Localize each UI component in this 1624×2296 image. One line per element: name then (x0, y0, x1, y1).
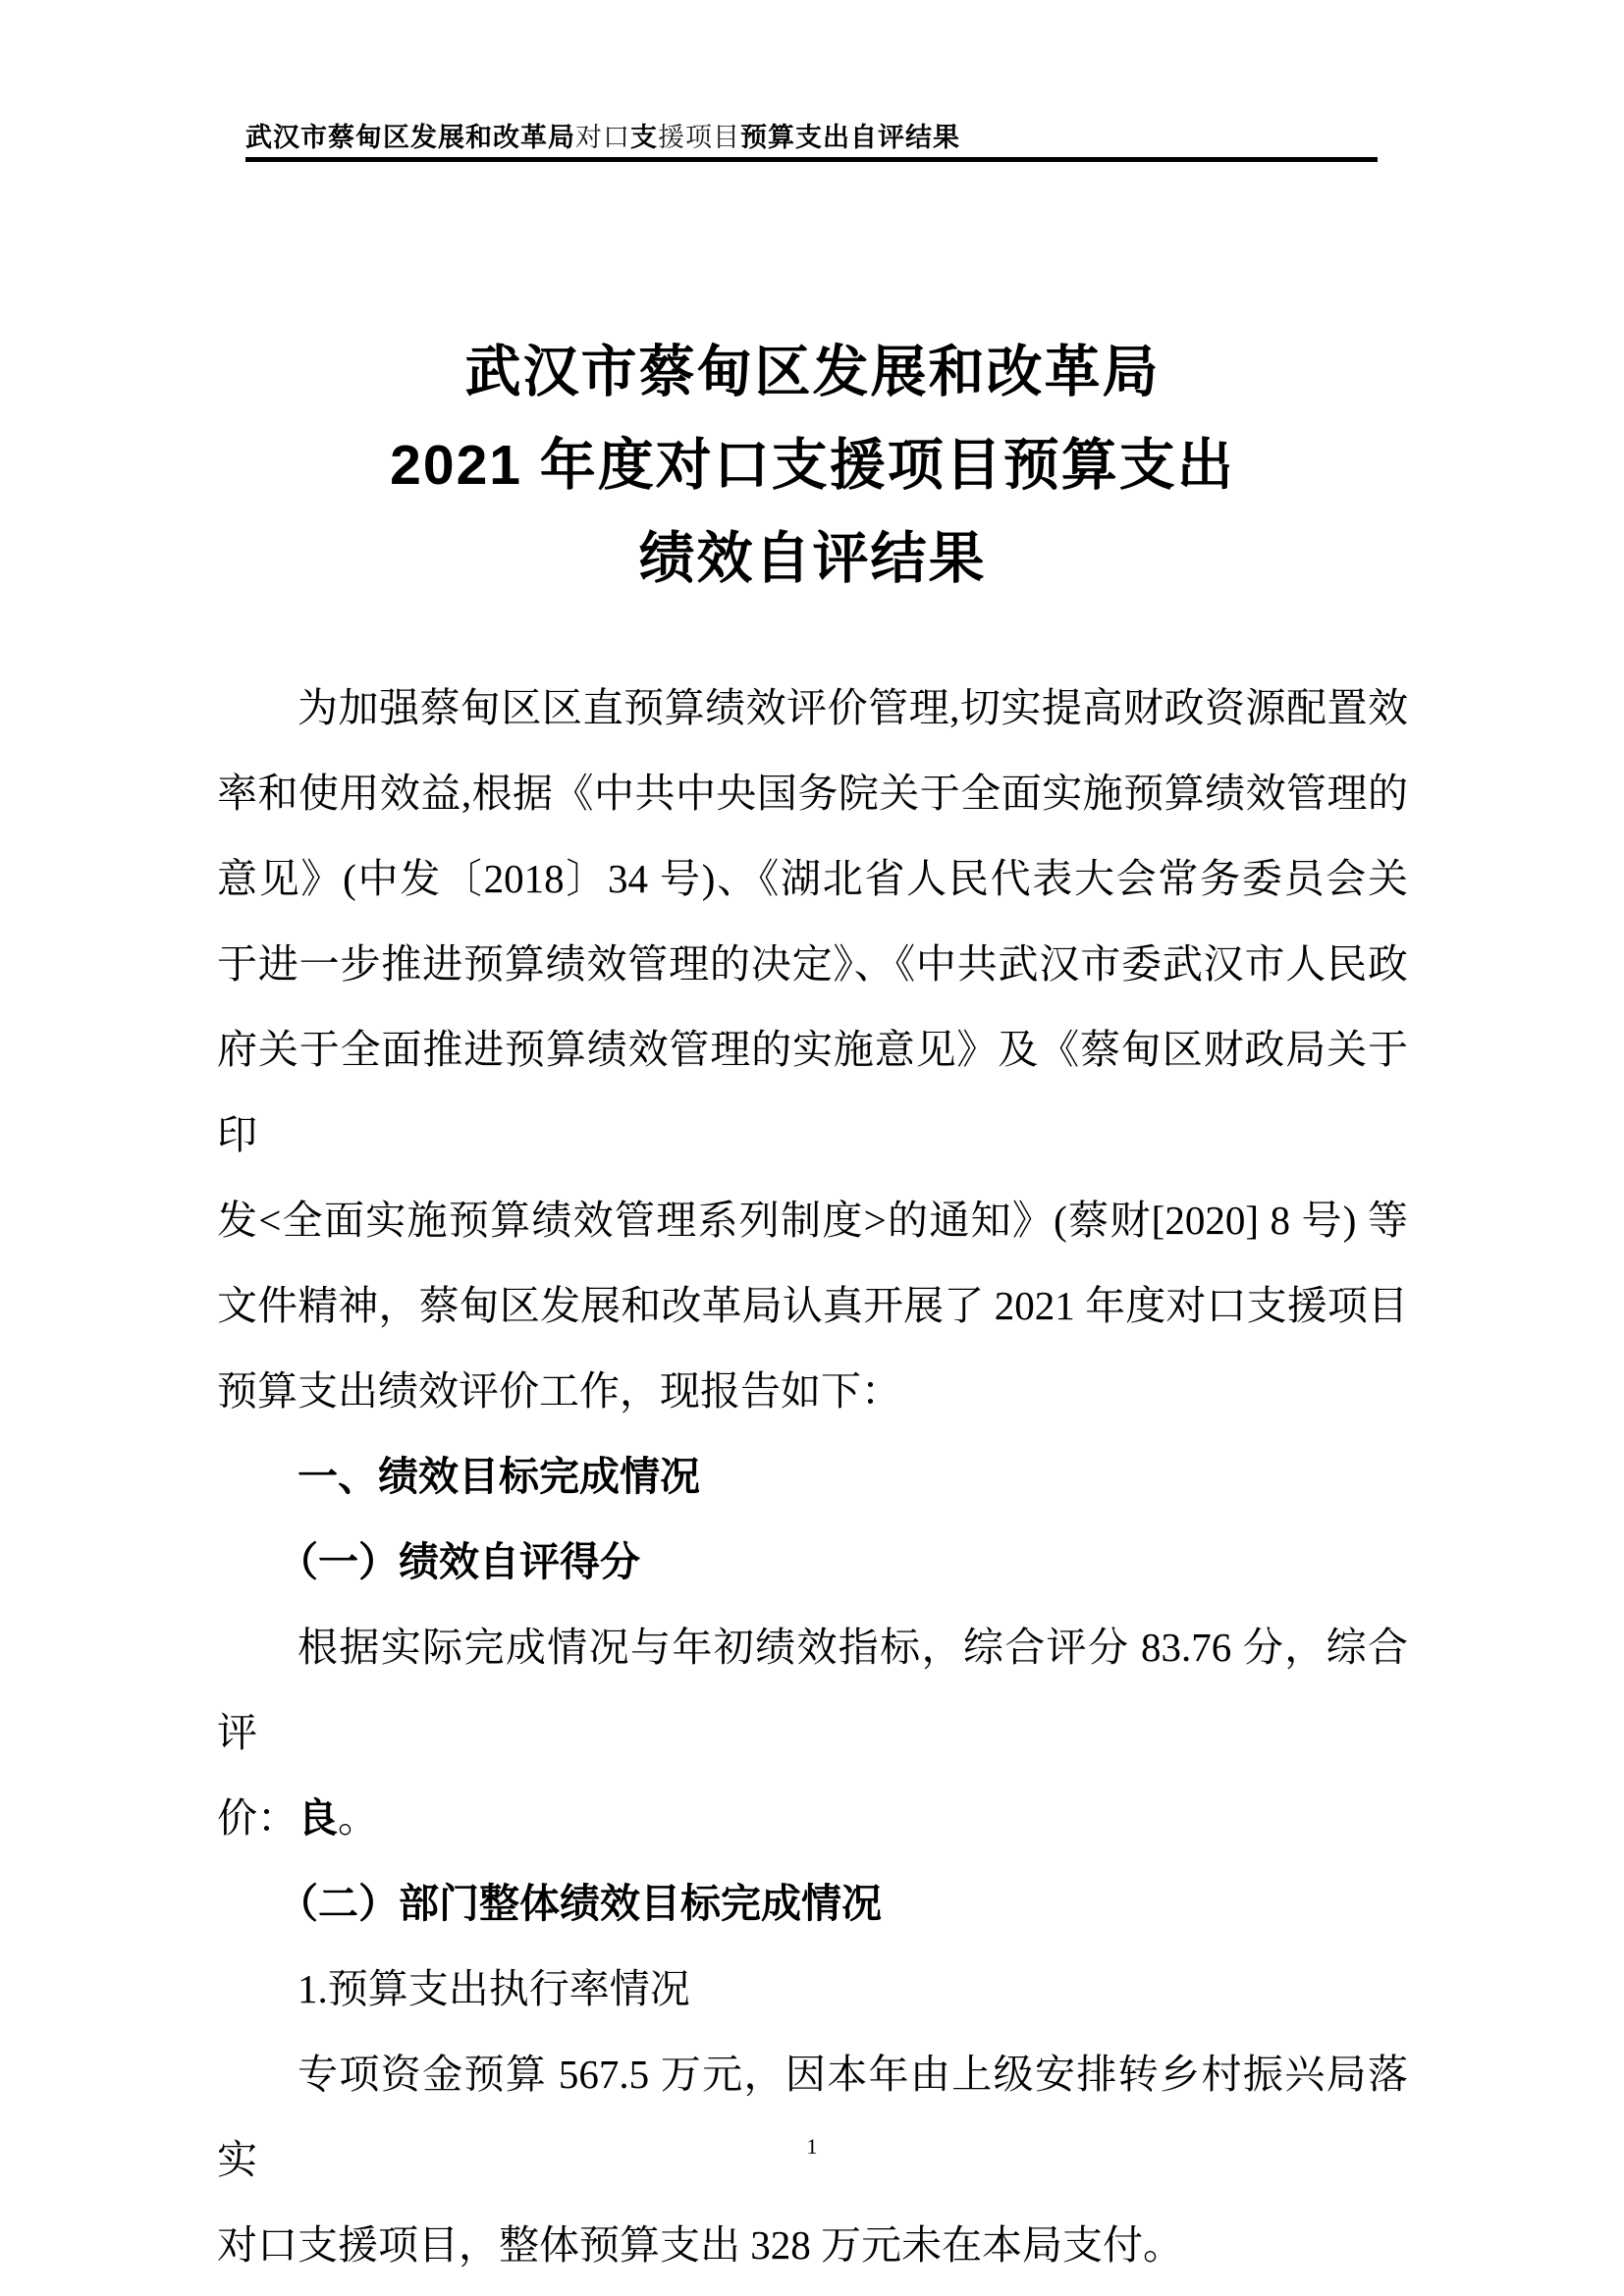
header-segment: 预算支出自评结果 (740, 123, 960, 152)
intro-line: 率和使用效益,根据《中共中央国务院关于全面实施预算绩效管理的 (217, 751, 1408, 836)
document-title: 武汉市蔡甸区发展和改革局 2021 年度对口支援项目预算支出 绩效自评结果 (217, 326, 1408, 606)
document-title-line-3: 绩效自评结果 (217, 512, 1408, 606)
score-line-2: 价：良。 (217, 1776, 1408, 1861)
document-title-line-2: 2021 年度对口支援项目预算支出 (217, 419, 1408, 512)
budget-line: 对口支援项目，整体预算支出 328 万元未在本局支付。 (217, 2203, 1408, 2288)
intro-line: 发<全面实施预算绩效管理系列制度>的通知》(蔡财[2020] 8 号) 等 (217, 1178, 1408, 1263)
page-number: 1 (0, 2134, 1624, 2160)
budget-line: 专项资金预算 567.5 万元，因本年由上级安排转乡村振兴局落实 (217, 2032, 1408, 2203)
intro-line: 府关于全面推进预算绩效管理的实施意见》及《蔡甸区财政局关于印 (217, 1007, 1408, 1178)
header-segment: 援项目 (658, 123, 740, 152)
header-segment: 支 (630, 123, 658, 152)
intro-line: 意见》(中发〔2018〕34 号)、《湖北省人民代表大会常务委员会关 (217, 836, 1408, 922)
header-segment: 武汉市蔡甸区发展和改革局 (245, 123, 575, 152)
document-body: 为加强蔡甸区区直预算绩效评价管理,切实提高财政资源配置效 率和使用效益,根据《中… (217, 666, 1408, 2288)
subsection-heading-1: （一）绩效自评得分 (217, 1520, 1408, 1605)
intro-line: 文件精神，蔡甸区发展和改革局认真开展了 2021 年度对口支援项目 (217, 1263, 1408, 1349)
score-suffix: 。 (338, 1795, 378, 1841)
intro-line: 预算支出绩效评价工作，现报告如下： (217, 1349, 1408, 1434)
section-heading-1: 一、绩效目标完成情况 (217, 1434, 1408, 1520)
subsection-heading-2: （二）部门整体绩效目标完成情况 (217, 1861, 1408, 1947)
intro-line: 为加强蔡甸区区直预算绩效评价管理,切实提高财政资源配置效 (217, 666, 1408, 751)
score-prefix: 价： (217, 1795, 298, 1841)
document-title-line-1: 武汉市蔡甸区发展和改革局 (217, 326, 1408, 419)
score-line-1: 根据实际完成情况与年初绩效指标，综合评分 83.76 分，综合评 (217, 1605, 1408, 1776)
header-segment: 对口 (575, 123, 630, 152)
score-grade: 良 (298, 1795, 338, 1841)
document-page: 武汉市蔡甸区发展和改革局对口支援项目预算支出自评结果 武汉市蔡甸区发展和改革局 … (0, 0, 1624, 2296)
intro-line: 于进一步推进预算绩效管理的决定》、《中共武汉市委武汉市人民政 (217, 922, 1408, 1007)
page-header: 武汉市蔡甸区发展和改革局对口支援项目预算支出自评结果 (245, 120, 960, 155)
header-divider (245, 157, 1378, 162)
item-heading-1: 1.预算支出执行率情况 (217, 1947, 1408, 2032)
